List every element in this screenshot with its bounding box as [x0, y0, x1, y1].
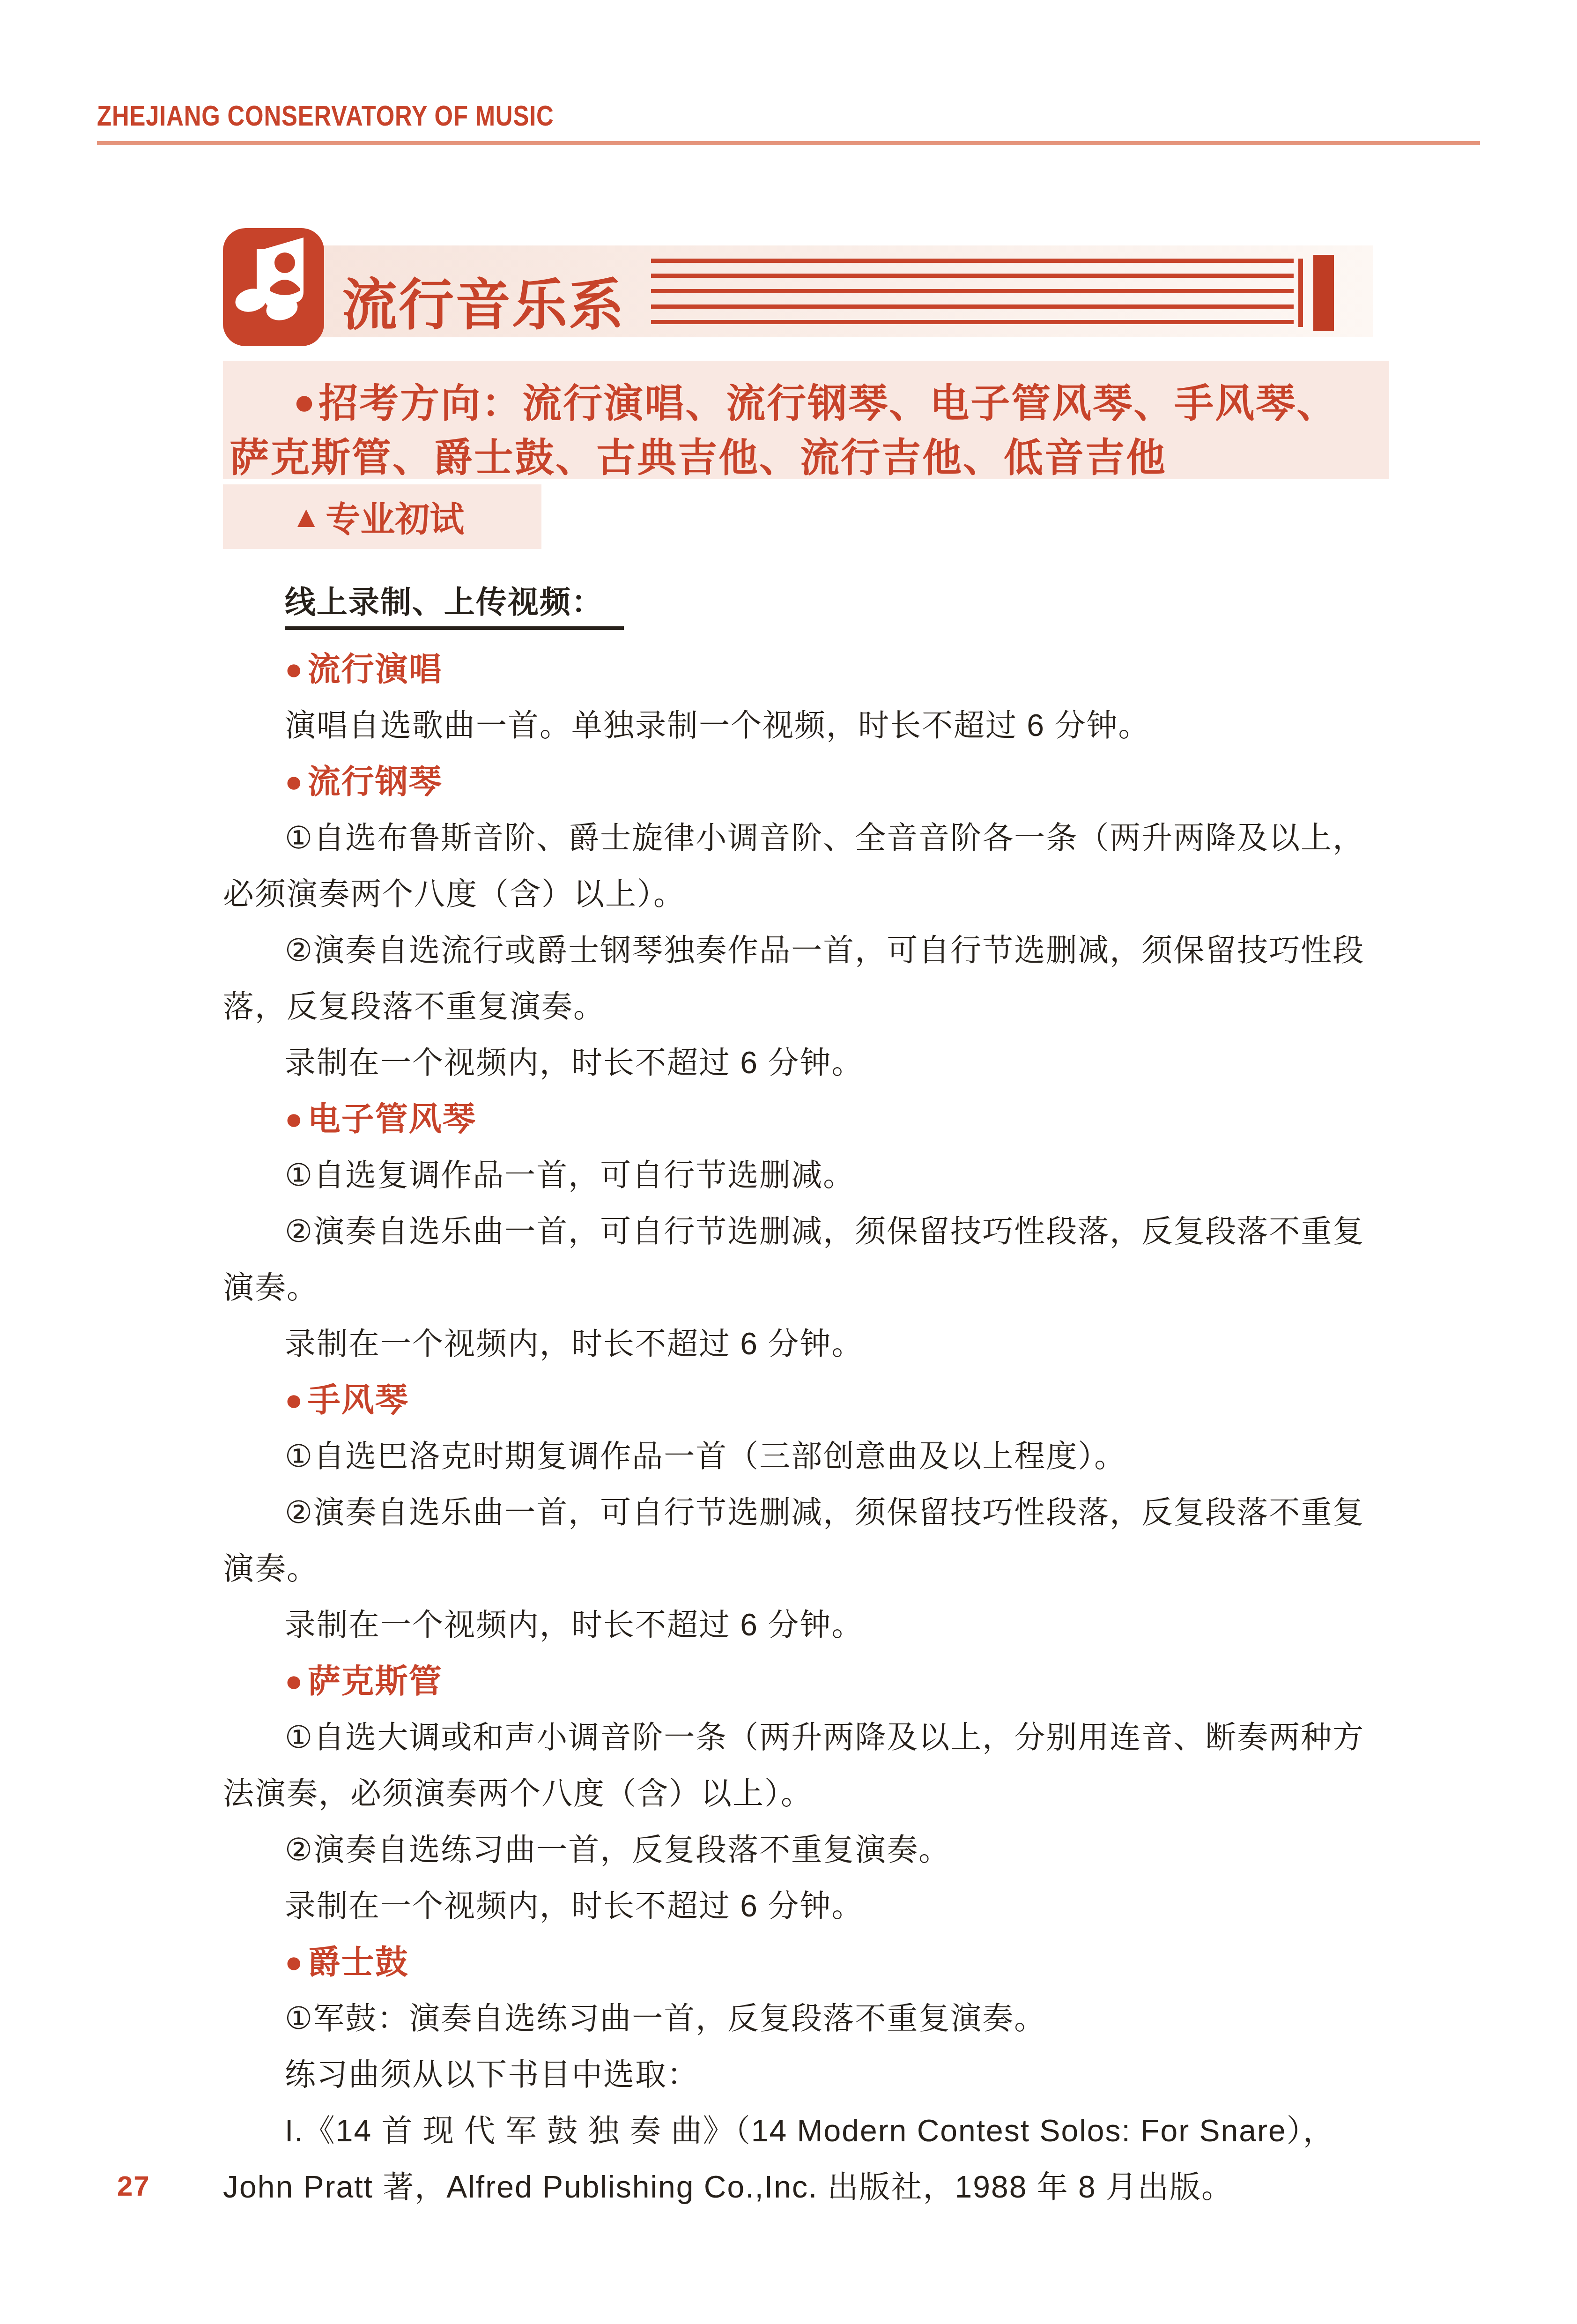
text-line: ①自选复调作品一首，可自行节选删减。 [223, 1147, 1422, 1203]
text-line: ②演奏自选乐曲一首，可自行节选删减，须保留技巧性段落，反复段落不重复 [223, 1203, 1422, 1259]
text-line: 录制在一个视频内，时长不超过 6 分钟。 [223, 1315, 1422, 1372]
text-line: ①自选巴洛克时期复调作品一首（三部创意曲及以上程度）。 [223, 1428, 1422, 1484]
section-title: ●电子管风琴 [223, 1091, 1422, 1147]
admission-directions-banner: ●招考方向：流行演唱、流行钢琴、电子管风琴、手风琴、 萨克斯管、爵士鼓、古典吉他… [223, 361, 1389, 479]
section-title-text: 电子管风琴 [308, 1101, 476, 1137]
section-accordion: ●手风琴 ①自选巴洛克时期复调作品一首（三部创意曲及以上程度）。 ②演奏自选乐曲… [223, 1372, 1422, 1653]
header-school-name: ZHEJIANG CONSERVATORY OF MUSIC [97, 99, 554, 133]
section-title-text: 手风琴 [308, 1382, 409, 1418]
department-title: 流行音乐系 [342, 260, 625, 340]
text-line: 法演奏，必须演奏两个八度（含）以上）。 [223, 1765, 1422, 1821]
admission-line-2: 萨克斯管、爵士鼓、古典吉他、流行吉他、低音吉他 [230, 426, 1167, 483]
staff-line [651, 274, 1294, 278]
page: { "colors":{ "accent":"#c7432a", "header… [0, 0, 1577, 2324]
music-staff-decoration [651, 259, 1294, 327]
exam-stage-box: ▲专业初试 [223, 484, 541, 549]
staff-line [651, 320, 1294, 324]
staff-line [651, 259, 1294, 263]
recording-instruction: 线上录制、上传视频： [285, 577, 624, 630]
text-line: 录制在一个视频内，时长不超过 6 分钟。 [223, 1596, 1422, 1653]
staff-barline-thick [1313, 255, 1334, 331]
section-title-text: 爵士鼓 [308, 1944, 409, 1981]
section-pop-vocal: ●流行演唱 演唱自选歌曲一首。单独录制一个视频，时长不超过 6 分钟。 [223, 641, 1422, 753]
bullet-icon: ● [285, 1945, 304, 1979]
department-badge [223, 228, 324, 346]
admission-line-1-text: 招考方向：流行演唱、流行钢琴、电子管风琴、手风琴、 [318, 381, 1337, 425]
text-line: 录制在一个视频内，时长不超过 6 分钟。 [223, 1034, 1422, 1091]
section-title-text: 流行钢琴 [308, 764, 443, 800]
text-line: 录制在一个视频内，时长不超过 6 分钟。 [223, 1878, 1422, 1934]
section-saxophone: ●萨克斯管 ①自选大调或和声小调音阶一条（两升两降及以上，分别用连音、断奏两种方… [223, 1653, 1422, 1934]
bullet-icon: ● [285, 652, 304, 686]
text-line: I.《14 首 现 代 军 鼓 独 奏 曲》（14 Modern Contest… [223, 2102, 1422, 2159]
bullet-icon: ● [285, 1664, 304, 1698]
admission-line-1: ●招考方向：流行演唱、流行钢琴、电子管风琴、手风琴、 [293, 372, 1337, 429]
section-title-text: 流行演唱 [308, 651, 443, 688]
header-rule [97, 141, 1480, 145]
music-note-person-icon [223, 340, 324, 348]
bullet-icon: ● [285, 1102, 304, 1136]
staff-barline-thin [1298, 259, 1303, 327]
text-line: ①自选布鲁斯音阶、爵士旋律小调音阶、全音音阶各一条（两升两降及以上， [223, 809, 1422, 866]
bullet-icon: ● [285, 1383, 304, 1417]
section-electronic-organ: ●电子管风琴 ①自选复调作品一首，可自行节选删减。 ②演奏自选乐曲一首，可自行节… [223, 1091, 1422, 1372]
section-jazz-drums: ●爵士鼓 ①军鼓：演奏自选练习曲一首，反复段落不重复演奏。 练习曲须从以下书目中… [223, 1934, 1422, 2215]
text-line: 演唱自选歌曲一首。单独录制一个视频，时长不超过 6 分钟。 [223, 697, 1422, 753]
section-title: ●流行钢琴 [223, 753, 1422, 809]
text-line: John Pratt 著，Alfred Publishing Co.,Inc. … [223, 2159, 1422, 2215]
page-number: 27 [117, 2170, 150, 2202]
staff-line [651, 304, 1294, 309]
section-title: ●手风琴 [223, 1372, 1422, 1428]
triangle-icon: ▲ [291, 499, 321, 534]
text-line: ①自选大调或和声小调音阶一条（两升两降及以上，分别用连音、断奏两种方 [223, 1709, 1422, 1765]
text-line: 落，反复段落不重复演奏。 [223, 978, 1422, 1034]
section-title: ●萨克斯管 [223, 1653, 1422, 1709]
staff-line [651, 289, 1294, 293]
exam-stage-label: 专业初试 [326, 492, 464, 542]
bullet-icon: ● [285, 765, 304, 798]
section-title-text: 萨克斯管 [308, 1663, 443, 1700]
text-line: ②演奏自选练习曲一首，反复段落不重复演奏。 [223, 1821, 1422, 1878]
exam-requirements: ●流行演唱 演唱自选歌曲一首。单独录制一个视频，时长不超过 6 分钟。 ●流行钢… [223, 641, 1422, 2215]
bullet-icon: ● [293, 381, 317, 422]
text-line: 演奏。 [223, 1540, 1422, 1596]
text-line: ②演奏自选乐曲一首，可自行节选删减，须保留技巧性段落，反复段落不重复 [223, 1484, 1422, 1540]
section-pop-piano: ●流行钢琴 ①自选布鲁斯音阶、爵士旋律小调音阶、全音音阶各一条（两升两降及以上，… [223, 753, 1422, 1091]
text-line: 必须演奏两个八度（含）以上）。 [223, 866, 1422, 922]
text-line: ①军鼓：演奏自选练习曲一首，反复段落不重复演奏。 [223, 1990, 1422, 2046]
text-line: ②演奏自选流行或爵士钢琴独奏作品一首，可自行节选删减，须保留技巧性段 [223, 922, 1422, 978]
section-title: ●流行演唱 [223, 641, 1422, 697]
section-title: ●爵士鼓 [223, 1934, 1422, 1990]
text-line: 练习曲须从以下书目中选取： [223, 2046, 1422, 2102]
text-line: 演奏。 [223, 1259, 1422, 1315]
